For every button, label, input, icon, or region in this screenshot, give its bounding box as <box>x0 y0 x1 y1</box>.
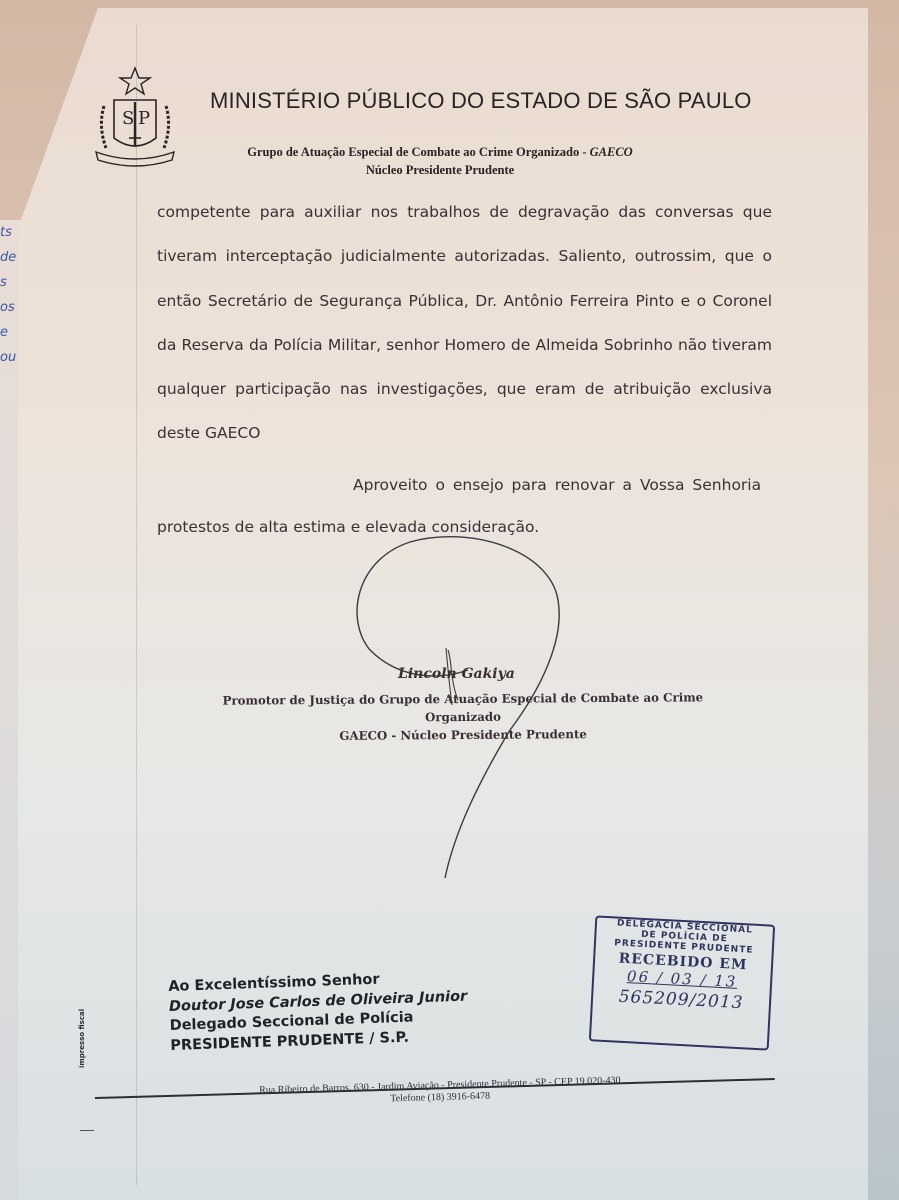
coat-of-arms-icon: S P <box>92 66 178 170</box>
signer-unit: GAECO - Núcleo Presidente Prudente <box>188 724 738 746</box>
body-line: competente para auxiliar nos trabalhos d… <box>157 190 772 234</box>
signer-role: Promotor de Justiça do Grupo de Atuação … <box>188 688 738 746</box>
unit-name: Núcleo Presidente Prudente <box>220 161 660 179</box>
body-line: então Secretário de Segurança Pública, D… <box>157 279 772 323</box>
signer-title: Promotor de Justiça do Grupo de Atuação … <box>188 688 738 728</box>
letter-body: competente para auxiliar nos trabalhos d… <box>157 190 772 456</box>
signer-name: Lincoln Gakiya <box>398 666 515 682</box>
closing-line-1: Aproveito o ensejo para renovar a Vossa … <box>353 476 761 494</box>
svg-text:S: S <box>122 108 134 129</box>
group-acronym: GAECO <box>590 145 633 159</box>
svg-text:P: P <box>138 108 150 129</box>
body-line: da Reserva da Polícia Militar, senhor Ho… <box>157 323 772 367</box>
addressee-block: Ao Excelentíssimo Senhor Doutor Jose Car… <box>168 968 469 1056</box>
letterhead-subtitle: Grupo de Atuação Especial de Combate ao … <box>220 143 660 179</box>
page-margin-line <box>136 25 137 1185</box>
side-tick-mark <box>80 1130 94 1131</box>
group-name: Grupo de Atuação Especial de Combate ao … <box>247 145 589 159</box>
side-print-note: impresso fiscal <box>78 1009 86 1068</box>
institution-title: MINISTÉRIO PÚBLICO DO ESTADO DE SÃO PAUL… <box>210 88 752 114</box>
body-line: deste GAECO <box>157 411 772 455</box>
receipt-stamp: DELEGACIA SECCIONAL DE POLÍCIA DE PRESID… <box>589 915 775 1050</box>
body-line: qualquer participação nas investigações,… <box>157 367 772 411</box>
body-line: tiveram interceptação judicialmente auto… <box>157 234 772 278</box>
